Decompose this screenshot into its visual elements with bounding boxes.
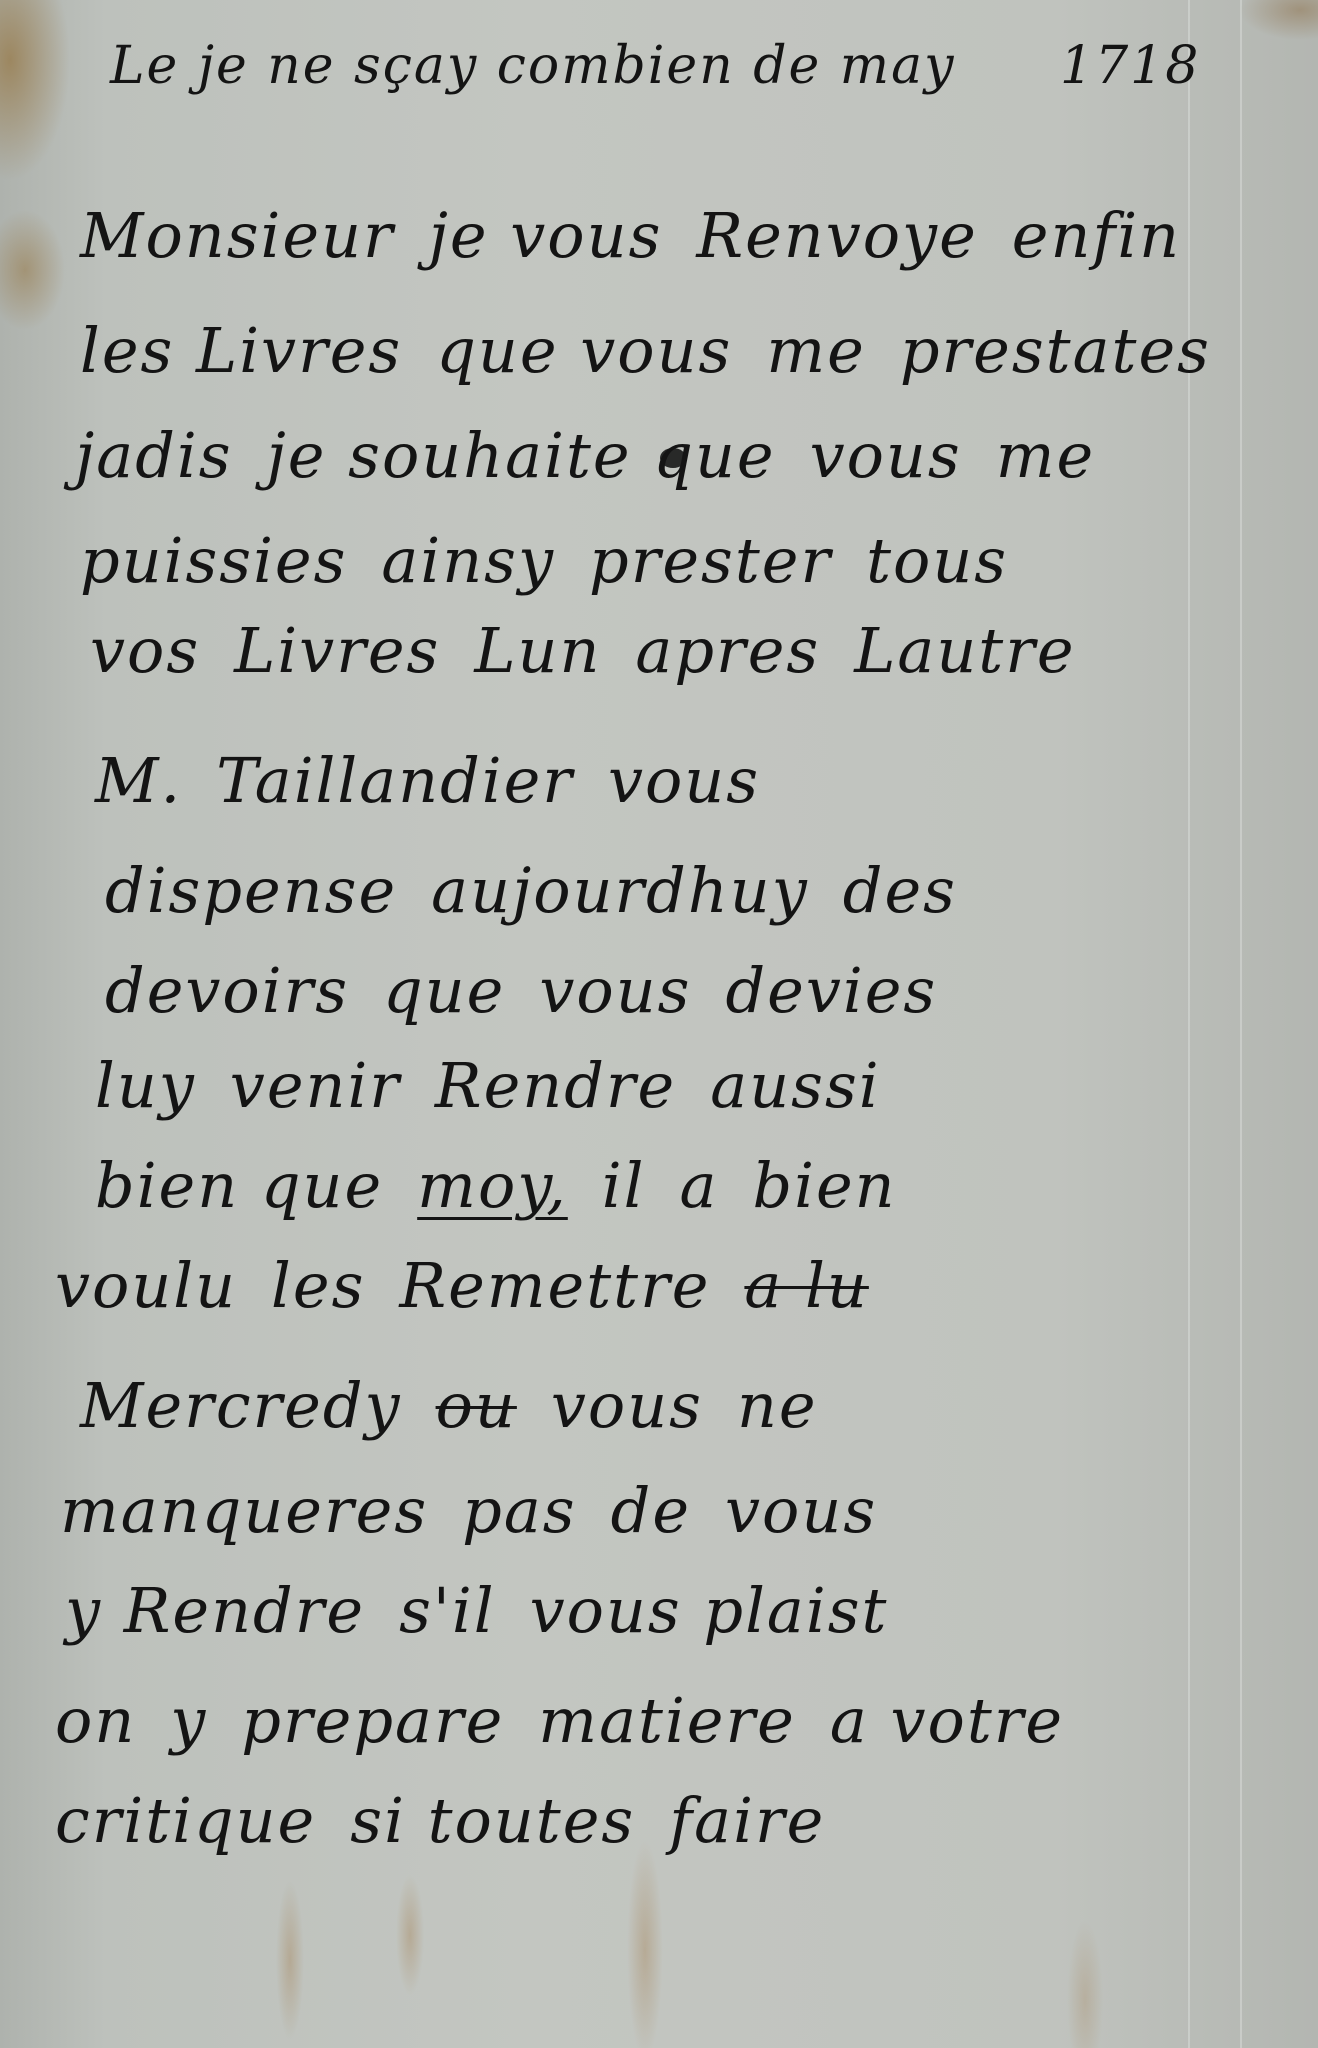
word: il [602,1155,646,1217]
word: je souhaite que [267,425,776,487]
word: enfin [1012,205,1181,267]
word: Livres [234,620,440,682]
dateline-text: Le je ne sçay combien de may [110,36,956,96]
word: apres [635,620,820,682]
letter-line-15: onypreparematierea votre [55,1690,1098,1752]
word: les [271,1255,365,1317]
letter-line-16: critiquesi toutesfaire [55,1790,859,1852]
letter-line-7: dispenseaujourdhuydes [105,860,991,922]
word: vous [608,750,760,812]
word: pas [462,1480,576,1542]
word: on [55,1690,136,1752]
struck-word: ou [436,1375,517,1437]
struck-word: a lu [744,1255,868,1317]
word: faire [669,1790,825,1852]
word: que [383,960,505,1022]
letter-line-13: manquerespasdevous [60,1480,911,1542]
word: Mercredy [80,1375,402,1437]
letter-line-9: luyvenirRendreaussi [95,1055,915,1117]
letter-line-12: Mercredyouvousne [80,1375,852,1437]
word: M. [95,750,182,812]
letter-line-2: les Livresque vousmeprestates [80,320,1245,382]
word: vous [810,425,962,487]
letter-line-4: puissiesainsyprestertous [80,530,1042,592]
word: vous [551,1375,703,1437]
word: vous [539,960,691,1022]
word: a votre [830,1690,1064,1752]
word: venir [230,1055,401,1117]
word: vos [90,620,200,682]
word: puissies [80,530,347,592]
word: critique [55,1790,316,1852]
word: Lautre [854,620,1075,682]
word: Taillandier [216,750,574,812]
word: a [679,1155,718,1217]
word: prestates [900,320,1211,382]
word: les Livres [80,320,402,382]
letter-line-14: y Rendres'ilvous plaist [65,1580,922,1642]
word: me [766,320,865,382]
word: Lun [474,620,601,682]
word: y [170,1690,207,1752]
word: luy [95,1055,196,1117]
word: je vous [429,205,663,267]
word: matiere [538,1690,796,1752]
word: aujourdhuy [431,860,809,922]
underlined-word: moy, [417,1155,568,1217]
word: me [996,425,1095,487]
word: Monsieur [80,205,395,267]
word: voulu [55,1255,237,1317]
word: dispense [105,860,397,922]
word: manqueres [60,1480,428,1542]
letter-line-5: vosLivresLunapresLautre [90,620,1110,682]
word: prester [589,530,832,592]
word: Renvoye [696,205,977,267]
letter-line-8: devoirsquevousdevies [105,960,971,1022]
letter-line-1: Monsieurje vousRenvoyeenfin [80,205,1215,267]
word: de [611,1480,691,1542]
letter-line-6: M.Taillandiervous [95,750,794,812]
word: s'il [399,1580,496,1642]
word: bien que [95,1155,383,1217]
word: aussi [710,1055,880,1117]
paper-crease [1188,0,1190,2048]
word: tous [866,530,1008,592]
word: ainsy [381,530,555,592]
word: si toutes [350,1790,635,1852]
letter-dateline: Le je ne sçay combien de may 1718 [110,40,956,92]
word: prepare [241,1690,504,1752]
word: jadis [75,425,233,487]
letter-line-11: voululesRemettrea lu [55,1255,903,1317]
word: des [843,860,957,922]
word: Remettre [399,1255,710,1317]
word: ne [737,1375,818,1437]
letter-line-10: bien quemoy,ilabien [95,1155,931,1217]
paper-crease [1240,0,1242,2048]
word: devies [725,960,937,1022]
word: y Rendre [65,1580,365,1642]
dateline-year: 1718 [1060,40,1200,92]
manuscript-page: Le je ne sçay combien de may 1718 Monsie… [0,0,1318,2048]
word: Rendre [435,1055,676,1117]
word: vous plaist [530,1580,889,1642]
word: vous [725,1480,877,1542]
word: devoirs [105,960,349,1022]
letter-line-3: jadisje souhaite quevousme [75,425,1129,487]
word: que vous [436,320,732,382]
word: bien [752,1155,896,1217]
